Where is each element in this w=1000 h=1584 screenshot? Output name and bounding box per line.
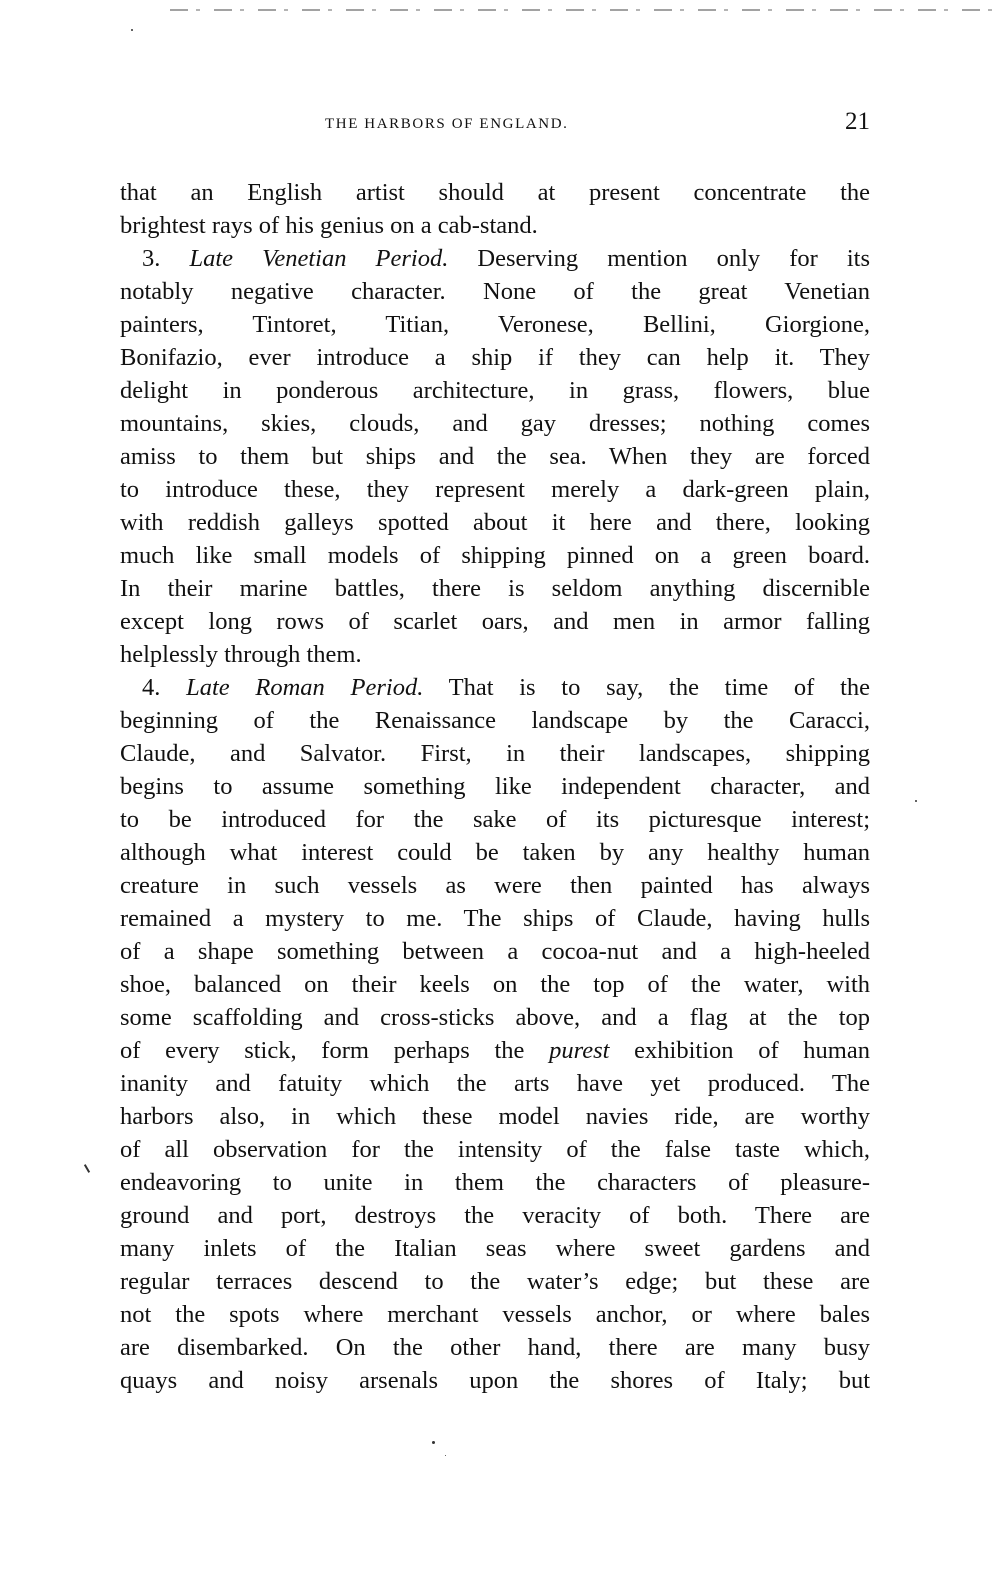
scan-speck xyxy=(445,1455,446,1456)
text-line: with reddish galleys spotted about it he… xyxy=(120,506,870,539)
italic-phrase: Late Roman Period. xyxy=(186,674,423,701)
text-line: In their marine battles, there is seldom… xyxy=(120,572,870,605)
scan-speck xyxy=(131,29,133,31)
scan-stray-mark xyxy=(84,1164,90,1173)
text-line: ground and port, destroys the veracity o… xyxy=(120,1199,870,1232)
text-line: quays and noisy arsenals upon the shores… xyxy=(120,1364,870,1397)
italic-phrase: Late Venetian Period. xyxy=(189,245,448,272)
text-line: mountains, skies, clouds, and gay dresse… xyxy=(120,407,870,440)
scan-speck xyxy=(915,800,917,802)
body-text: that an English artist should at present… xyxy=(120,176,870,1397)
text-line-tail: exhibition of human xyxy=(609,1037,870,1064)
text-line: begins to assume something like independ… xyxy=(120,770,870,803)
scan-speck xyxy=(432,1441,435,1444)
text-line: of a shape something between a cocoa-nut… xyxy=(120,935,870,968)
text-line-lead: 3. xyxy=(142,245,189,272)
text-line: delight in ponderous architecture, in gr… xyxy=(120,374,870,407)
text-line: of every stick, form perhaps the purest … xyxy=(120,1034,870,1067)
text-line: 4. Late Roman Period. That is to say, th… xyxy=(120,671,870,704)
text-line: brightest rays of his genius on a cab-st… xyxy=(120,209,870,242)
running-head: THE HARBORS OF ENGLAND. 21 xyxy=(120,112,870,144)
text-line: amiss to them but ships and the sea. Whe… xyxy=(120,440,870,473)
text-line: Claude, and Salvator. First, in their la… xyxy=(120,737,870,770)
text-line: painters, Tintoret, Titian, Veronese, Be… xyxy=(120,308,870,341)
text-line: except long rows of scarlet oars, and me… xyxy=(120,605,870,638)
text-line: although what interest could be taken by… xyxy=(120,836,870,869)
text-line: beginning of the Renaissance landscape b… xyxy=(120,704,870,737)
italic-phrase: purest xyxy=(549,1037,609,1064)
scan-artifact-top-edge xyxy=(170,9,1000,11)
text-line: many inlets of the Italian seas where sw… xyxy=(120,1232,870,1265)
running-title: THE HARBORS OF ENGLAND. xyxy=(325,116,568,133)
text-line: are disembarked. On the other hand, ther… xyxy=(120,1331,870,1364)
text-line-tail: Deserving mention only for its xyxy=(448,245,870,272)
text-line: remained a mystery to me. The ships of C… xyxy=(120,902,870,935)
text-line: harbors also, in which these model navie… xyxy=(120,1100,870,1133)
text-line: Bonifazio, ever introduce a ship if they… xyxy=(120,341,870,374)
text-line: shoe, balanced on their keels on the top… xyxy=(120,968,870,1001)
text-line: not the spots where merchant vessels anc… xyxy=(120,1298,870,1331)
text-line-lead: of every stick, form perhaps the xyxy=(120,1037,549,1064)
text-line: notably negative character. None of the … xyxy=(120,275,870,308)
text-line: that an English artist should at present… xyxy=(120,176,870,209)
text-line: to be introduced for the sake of its pic… xyxy=(120,803,870,836)
text-line-lead: 4. xyxy=(142,674,186,701)
text-line: creature in such vessels as were then pa… xyxy=(120,869,870,902)
text-line: regular terraces descend to the water’s … xyxy=(120,1265,870,1298)
text-line: much like small models of shipping pinne… xyxy=(120,539,870,572)
text-line: of all observation for the intensity of … xyxy=(120,1133,870,1166)
text-line: endeavoring to unite in them the charact… xyxy=(120,1166,870,1199)
text-line-tail: That is to say, the time of the xyxy=(423,674,870,701)
text-line: some scaffolding and cross-sticks above,… xyxy=(120,1001,870,1034)
text-line: 3. Late Venetian Period. Deserving menti… xyxy=(120,242,870,275)
page-number: 21 xyxy=(845,108,870,136)
text-line: inanity and fatuity which the arts have … xyxy=(120,1067,870,1100)
text-line: to introduce these, they represent merel… xyxy=(120,473,870,506)
text-line: helplessly through them. xyxy=(120,638,870,671)
